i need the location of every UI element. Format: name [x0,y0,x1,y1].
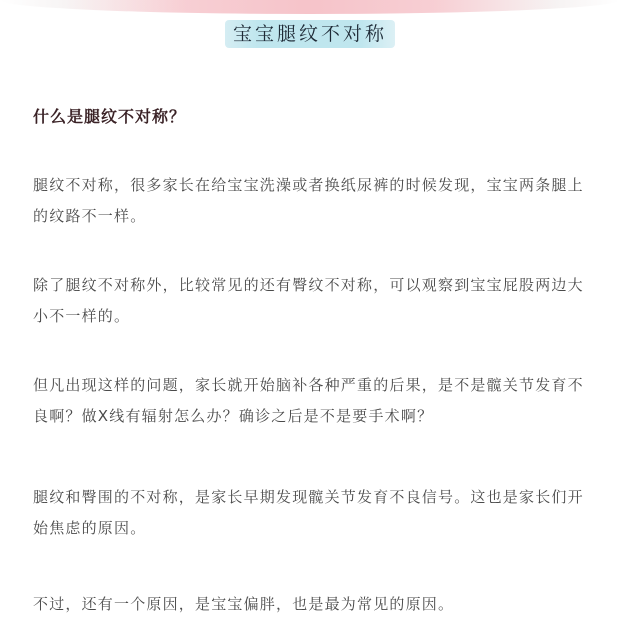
top-decorative-band [0,0,620,14]
paragraph-5: 不过，还有一个原因，是宝宝偏胖，也是最为常见的原因。 [33,589,593,620]
section-heading: 什么是腿纹不对称？ [33,104,186,127]
paragraph-4: 腿纹和臀围的不对称，是家长早期发现髋关节发育不良信号。这也是家长们开始焦虑的原因… [33,482,593,544]
paragraph-1: 腿纹不对称，很多家长在给宝宝洗澡或者换纸尿裤的时候发现，宝宝两条腿上的纹路不一样… [33,170,593,232]
paragraph-3: 但凡出现这样的问题，家长就开始脑补各种严重的后果，是不是髋关节发育不良啊？做X线… [33,370,593,432]
banner-title: 宝宝腿纹不对称 [225,20,395,48]
banner: 宝宝腿纹不对称 [0,20,620,48]
paragraph-2: 除了腿纹不对称外，比较常见的还有臀纹不对称，可以观察到宝宝屁股两边大小不一样的。 [33,270,593,332]
